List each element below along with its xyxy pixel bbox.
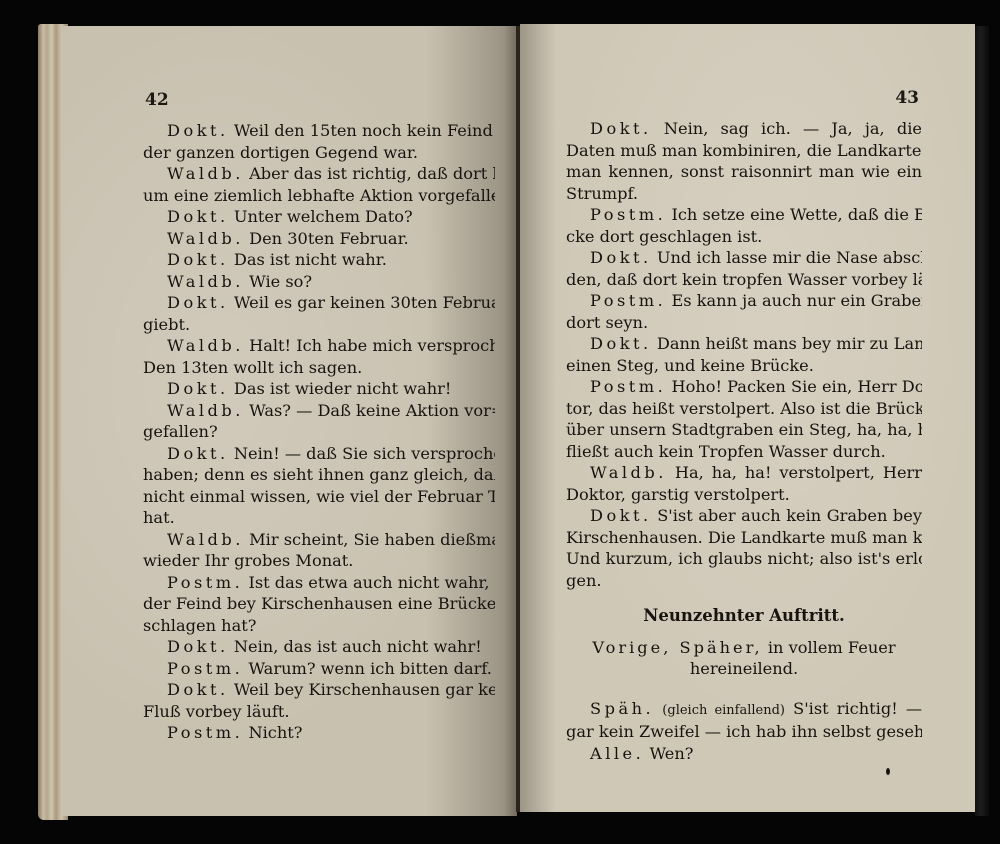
speaker-name: Dokt. bbox=[167, 250, 229, 269]
line-text: Weil bey Kirschenhausen gar kein bbox=[234, 680, 495, 699]
stage-direction-line2: hereineilend. bbox=[566, 658, 922, 680]
text-line: Dokt. Nein! — daß Sie sich versprochen bbox=[143, 443, 495, 465]
line-text: Kirschenhausen. Die Landkarte muß man ke… bbox=[566, 528, 922, 547]
text-line: Postm. Ist das etwa auch nicht wahr, daß bbox=[143, 572, 495, 594]
text-line: Dokt. Unter welchem Dato? bbox=[143, 206, 495, 228]
line-text: Wie so? bbox=[249, 272, 312, 291]
speaker-name: Postm. bbox=[590, 377, 666, 396]
speaker-name: Dokt. bbox=[590, 119, 652, 138]
text-line: schlagen hat? bbox=[143, 615, 495, 637]
line-text: den, daß dort kein tropfen Wasser vorbey… bbox=[566, 270, 922, 289]
speaker-name: Postm. bbox=[167, 573, 243, 592]
scene-heading: Neunzehnter Auftritt. bbox=[566, 605, 922, 627]
speaker-name: Waldb. bbox=[167, 164, 244, 183]
line-text: Daten muß man kombiniren, die Landkarte … bbox=[566, 141, 922, 160]
speaker-name: Dokt. bbox=[167, 379, 229, 398]
speaker-name: Dokt. bbox=[167, 121, 229, 140]
line-text: S'ist aber auch kein Graben bey bbox=[657, 506, 922, 525]
line-text: Was? — Daß keine Aktion vor= bbox=[249, 401, 495, 420]
book-cover-edge bbox=[975, 26, 989, 816]
text-line: haben; denn es sieht ihnen ganz gleich, … bbox=[143, 464, 495, 486]
speaker-name: Dokt. bbox=[590, 506, 652, 525]
text-line: Waldb. Ha, ha, ha! verstolpert, Herr bbox=[566, 462, 922, 484]
line-text: Nein, das ist auch nicht wahr! bbox=[234, 637, 482, 656]
speaker-name: Dokt. bbox=[167, 293, 229, 312]
speaker-name: Dokt. bbox=[167, 444, 229, 463]
page-number-right: 43 bbox=[895, 88, 919, 108]
text-line: gefallen? bbox=[143, 421, 495, 443]
text-line: Kirschenhausen. Die Landkarte muß man ke… bbox=[566, 527, 922, 549]
line-text: Mir scheint, Sie haben dießmal bbox=[249, 530, 495, 549]
line-text: Warum? wenn ich bitten darf. bbox=[248, 659, 491, 678]
text-line: gen. bbox=[566, 570, 922, 592]
line-text: Ha, ha, ha! verstolpert, Herr bbox=[675, 463, 922, 482]
text-line: Waldb. Was? — Daß keine Aktion vor= bbox=[143, 400, 495, 422]
line-text: haben; denn es sieht ihnen ganz gleich, … bbox=[143, 465, 495, 484]
text-line: Postm. Ich setze eine Wette, daß die Brü… bbox=[566, 204, 922, 226]
text-line: Strumpf. bbox=[566, 183, 922, 205]
text-line: man kennen, sonst raisonnirt man wie ein bbox=[566, 161, 922, 183]
line-text: Dann heißt mans bey mir zu Lande bbox=[657, 334, 922, 353]
text-line: Alle. Wen? bbox=[566, 743, 922, 765]
speaker-name: Dokt. bbox=[167, 207, 229, 226]
line-text: einen Steg, und keine Brücke. bbox=[566, 356, 814, 375]
line-text: Wen? bbox=[649, 744, 693, 763]
line-text: Und ich lasse mir die Nase abschnei= bbox=[657, 248, 922, 267]
line-text: Fluß vorbey läuft. bbox=[143, 702, 290, 721]
text-line: gar kein Zweifel — ich hab ihn selbst ge… bbox=[566, 721, 922, 743]
text-line: einen Steg, und keine Brücke. bbox=[566, 355, 922, 377]
text-line: Dokt. S'ist aber auch kein Graben bey bbox=[566, 505, 922, 527]
text-line: Dokt. Das ist wieder nicht wahr! bbox=[143, 378, 495, 400]
text-line: Dokt. Und ich lasse mir die Nase abschne… bbox=[566, 247, 922, 269]
right-page: 43 Dokt. Nein, sag ich. — Ja, ja, dieDat… bbox=[520, 24, 975, 812]
text-line: Doktor, garstig verstolpert. bbox=[566, 484, 922, 506]
speaker-name: Dokt. bbox=[167, 637, 229, 656]
text-line: der Feind bey Kirschenhausen eine Brücke… bbox=[143, 593, 495, 615]
text-line: tor, das heißt verstolpert. Also ist die… bbox=[566, 398, 922, 420]
line-text: um eine ziemlich lebhafte Aktion vorgefa… bbox=[143, 186, 495, 205]
line-text: nicht einmal wissen, wie viel der Februa… bbox=[143, 487, 495, 506]
line-text: Das ist wieder nicht wahr! bbox=[234, 379, 452, 398]
line-text: man kennen, sonst raisonnirt man wie ein bbox=[566, 162, 922, 181]
text-line: Späh. (gleich einfallend) S'ist richtig!… bbox=[566, 698, 922, 722]
text-line: Postm. Es kann ja auch nur ein Graben bbox=[566, 290, 922, 312]
speaker-name: Alle. bbox=[590, 744, 644, 763]
line-text: Den 30ten Februar. bbox=[249, 229, 409, 248]
line-text: Aber das ist richtig, daß dort her= bbox=[249, 164, 495, 183]
speaker-name: Dokt. bbox=[590, 248, 652, 267]
stage-aside: (gleich einfallend) bbox=[662, 703, 785, 718]
speaker-name: Postm. bbox=[590, 205, 666, 224]
line-text: giebt. bbox=[143, 315, 190, 334]
left-page-text: Dokt. Weil den 15ten noch kein Feind ist… bbox=[143, 120, 495, 744]
text-line: Postm. Hoho! Packen Sie ein, Herr Dok= bbox=[566, 376, 922, 398]
line-text: S'ist richtig! — bbox=[793, 699, 922, 718]
stage-direction-text: in vollem Feuer bbox=[763, 638, 896, 657]
text-line: Dokt. Dann heißt mans bey mir zu Lande bbox=[566, 333, 922, 355]
text-line: Postm. Nicht? bbox=[143, 722, 495, 744]
line-text: Halt! Ich habe mich versprochen. bbox=[249, 336, 495, 355]
text-line: Daten muß man kombiniren, die Landkarte … bbox=[566, 140, 922, 162]
text-line: Waldb. Mir scheint, Sie haben dießmal bbox=[143, 529, 495, 551]
line-text: Unter welchem Dato? bbox=[234, 207, 413, 226]
text-line: Fluß vorbey läuft. bbox=[143, 701, 495, 723]
speaker-name: Waldb. bbox=[167, 272, 244, 291]
line-text: Hoho! Packen Sie ein, Herr Dok= bbox=[671, 377, 922, 396]
ink-speck bbox=[886, 768, 890, 775]
text-line: über unsern Stadtgraben ein Steg, ha, ha… bbox=[566, 419, 922, 441]
text-line: giebt. bbox=[143, 314, 495, 336]
speaker-name: Waldb. bbox=[167, 336, 244, 355]
right-page-text: Dokt. Nein, sag ich. — Ja, ja, dieDaten … bbox=[566, 118, 922, 764]
speaker-name: Waldb. bbox=[167, 401, 244, 420]
line-text: wieder Ihr grobes Monat. bbox=[143, 551, 353, 570]
text-line: wieder Ihr grobes Monat. bbox=[143, 550, 495, 572]
speaker-name: Späh. bbox=[590, 699, 654, 718]
speaker-name: Dokt. bbox=[167, 680, 229, 699]
speaker-name: Postm. bbox=[167, 723, 243, 742]
text-line: Dokt. Weil es gar keinen 30ten Februar bbox=[143, 292, 495, 314]
text-line: Waldb. Halt! Ich habe mich versprochen. bbox=[143, 335, 495, 357]
line-text: hat. bbox=[143, 508, 175, 527]
text-line: Und kurzum, ich glaubs nicht; also ist's… bbox=[566, 548, 922, 570]
line-text: Nein, sag ich. — Ja, ja, die bbox=[664, 119, 922, 138]
line-text: Doktor, garstig verstolpert. bbox=[566, 485, 790, 504]
open-book: 42 Dokt. Weil den 15ten noch kein Feind … bbox=[0, 0, 1000, 844]
line-text: Weil es gar keinen 30ten Februar bbox=[234, 293, 495, 312]
text-line: den, daß dort kein tropfen Wasser vorbey… bbox=[566, 269, 922, 291]
line-text: Strumpf. bbox=[566, 184, 638, 203]
stage-direction: Vorige, Späher, in vollem Feuer bbox=[566, 637, 922, 659]
line-text: gar kein Zweifel — ich hab ihn selbst ge… bbox=[566, 722, 922, 741]
line-text: tor, das heißt verstolpert. Also ist die… bbox=[566, 399, 922, 418]
line-text: Weil den 15ten noch kein Feind ist bbox=[234, 121, 495, 140]
text-line: Postm. Warum? wenn ich bitten darf. bbox=[143, 658, 495, 680]
text-line: Waldb. Den 30ten Februar. bbox=[143, 228, 495, 250]
text-line: cke dort geschlagen ist. bbox=[566, 226, 922, 248]
text-line: Dokt. Weil den 15ten noch kein Feind ist bbox=[143, 120, 495, 142]
stage-direction-characters: Vorige, Späher, bbox=[592, 638, 762, 657]
line-text: schlagen hat? bbox=[143, 616, 256, 635]
text-line: Den 13ten wollt ich sagen. bbox=[143, 357, 495, 379]
line-text: Das ist nicht wahr. bbox=[234, 250, 387, 269]
dialogue-block-after: Späh. (gleich einfallend) S'ist richtig!… bbox=[566, 698, 922, 765]
text-line: der ganzen dortigen Gegend war. bbox=[143, 142, 495, 164]
line-text: Und kurzum, ich glaubs nicht; also ist's… bbox=[566, 549, 922, 568]
line-text: Den 13ten wollt ich sagen. bbox=[143, 358, 362, 377]
line-text: der ganzen dortigen Gegend war. bbox=[143, 143, 418, 162]
speaker-name: Waldb. bbox=[590, 463, 667, 482]
line-text: Nein! — daß Sie sich versprochen bbox=[234, 444, 495, 463]
text-line: Dokt. Weil bey Kirschenhausen gar kein bbox=[143, 679, 495, 701]
speaker-name: Postm. bbox=[167, 659, 243, 678]
speaker-name: Waldb. bbox=[167, 229, 244, 248]
line-text: dort seyn. bbox=[566, 313, 648, 332]
text-line: hat. bbox=[143, 507, 495, 529]
text-line: Dokt. Nein, das ist auch nicht wahr! bbox=[143, 636, 495, 658]
text-line: Dokt. Nein, sag ich. — Ja, ja, die bbox=[566, 118, 922, 140]
dialogue-block: Dokt. Nein, sag ich. — Ja, ja, dieDaten … bbox=[566, 118, 922, 591]
text-line: um eine ziemlich lebhafte Aktion vorgefa… bbox=[143, 185, 495, 207]
speaker-name: Waldb. bbox=[167, 530, 244, 549]
line-text: Ist das etwa auch nicht wahr, daß bbox=[248, 573, 495, 592]
text-line: nicht einmal wissen, wie viel der Februa… bbox=[143, 486, 495, 508]
line-text: Ich setze eine Wette, daß die Brü= bbox=[671, 205, 922, 224]
page-number-left: 42 bbox=[145, 90, 169, 110]
spacer bbox=[566, 680, 922, 698]
speaker-name: Dokt. bbox=[590, 334, 652, 353]
line-text: fließt auch kein Tropfen Wasser durch. bbox=[566, 442, 886, 461]
line-text: cke dort geschlagen ist. bbox=[566, 227, 762, 246]
text-line: fließt auch kein Tropfen Wasser durch. bbox=[566, 441, 922, 463]
line-text: gen. bbox=[566, 571, 602, 590]
text-line: Waldb. Aber das ist richtig, daß dort he… bbox=[143, 163, 495, 185]
line-text: Es kann ja auch nur ein Graben bbox=[671, 291, 922, 310]
line-text: gefallen? bbox=[143, 422, 218, 441]
speaker-name: Postm. bbox=[590, 291, 666, 310]
text-line: Waldb. Wie so? bbox=[143, 271, 495, 293]
left-page: 42 Dokt. Weil den 15ten noch kein Feind … bbox=[62, 26, 517, 816]
text-line: Dokt. Das ist nicht wahr. bbox=[143, 249, 495, 271]
line-text: der Feind bey Kirschenhausen eine Brücke… bbox=[143, 594, 495, 613]
text-line: dort seyn. bbox=[566, 312, 922, 334]
line-text: über unsern Stadtgraben ein Steg, ha, ha… bbox=[566, 420, 922, 439]
line-text: Nicht? bbox=[248, 723, 302, 742]
